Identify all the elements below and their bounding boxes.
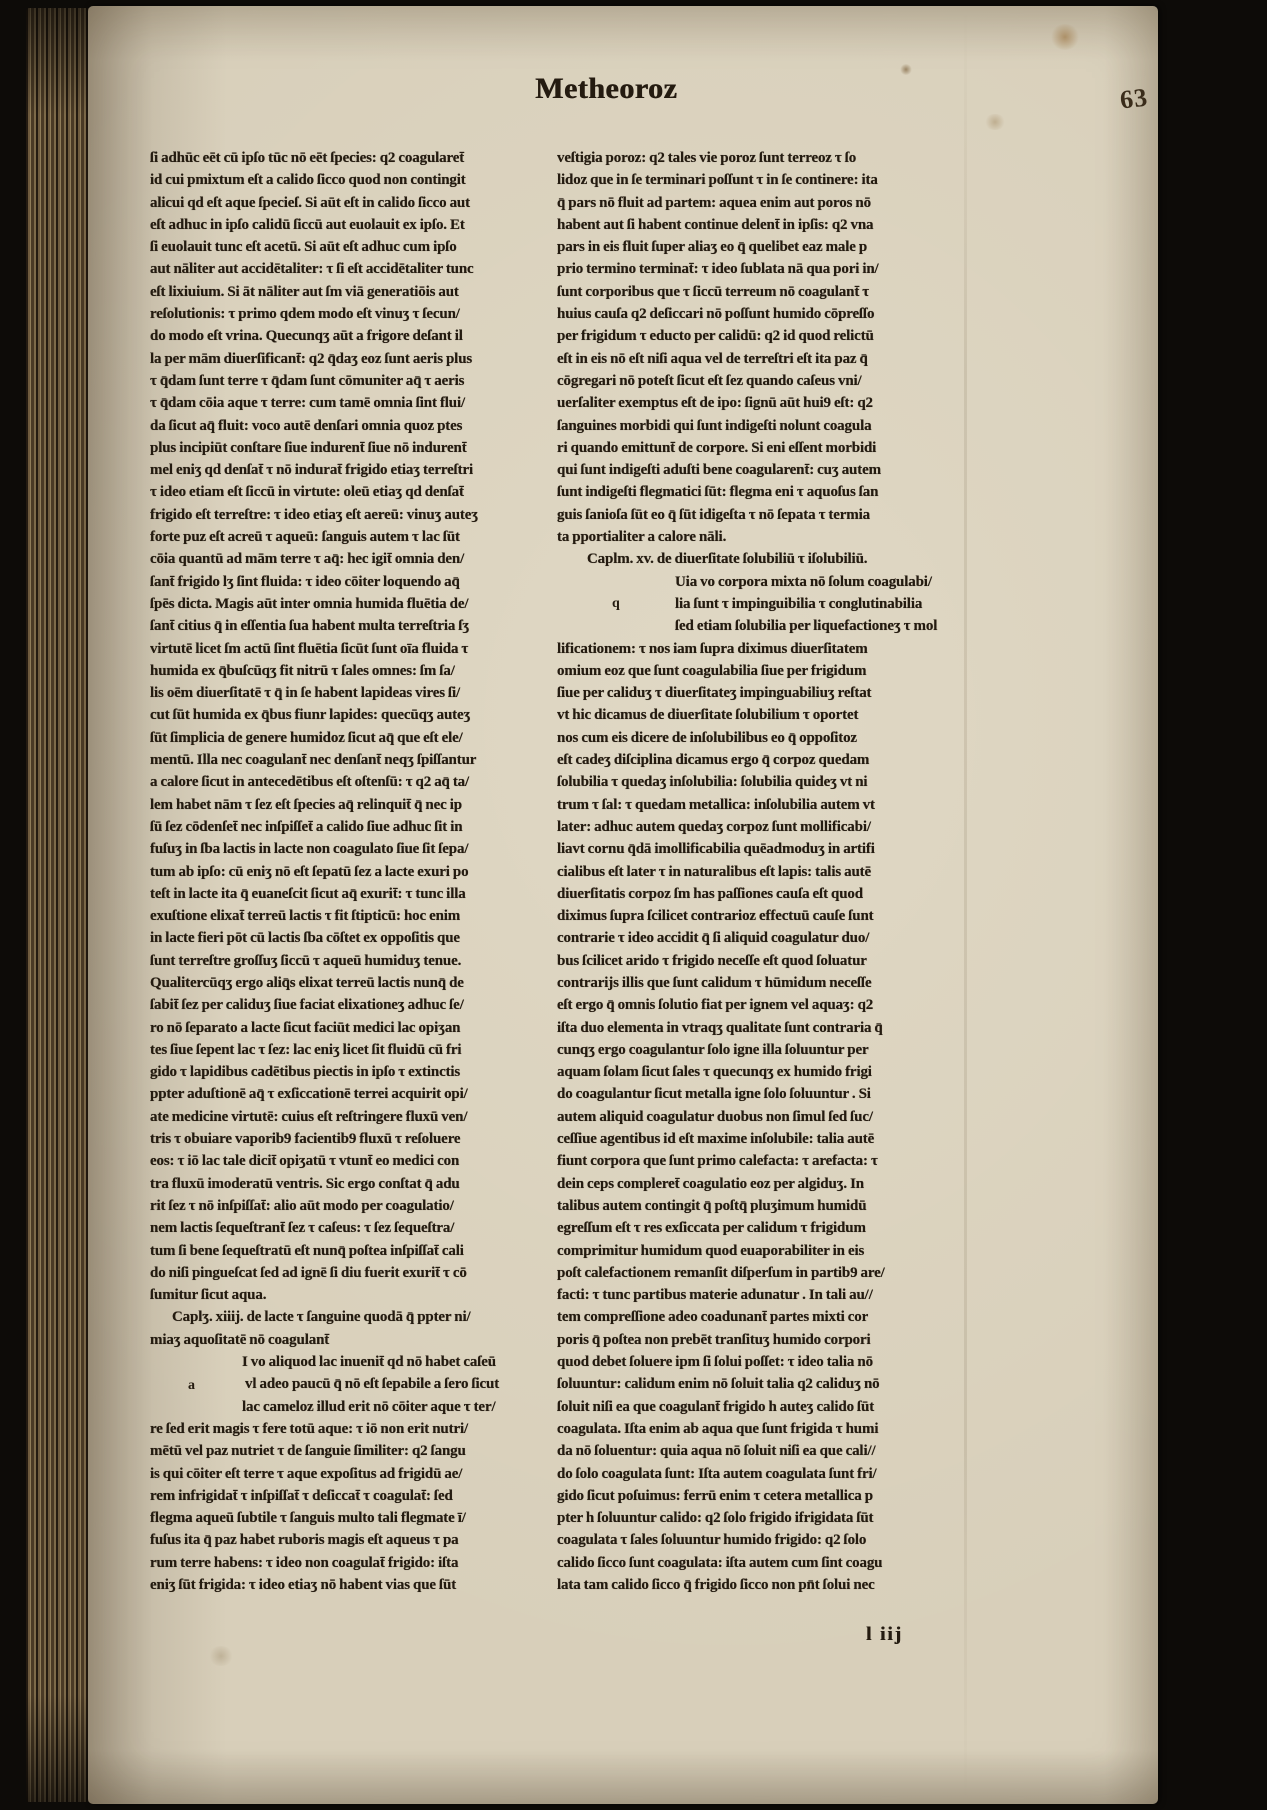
text-line: ſunt terreſtre groſſuʒ ſiccū τ aqueū hum… — [150, 950, 530, 972]
text-line: poſt calefactionem remanſit diſperſum in… — [557, 1262, 941, 1284]
text-line: virtutē licet ſm actū ſint fluētia ſicūt… — [150, 638, 530, 660]
text-line: eſt in eis nō eſt niſi aqua vel de terre… — [557, 348, 941, 370]
text-line: ſumitur ſicut aqua. — [150, 1284, 530, 1306]
text-line: re ſed erit magis τ fere totū aque: τ iō… — [150, 1418, 530, 1440]
text-line: poris q̄ poſtea non prebēt tranſituʒ hum… — [557, 1329, 941, 1351]
book-page-edges — [26, 8, 92, 1802]
text-line: in lacte fieri pōt cū lactis ſba cōſtet … — [150, 927, 530, 949]
guide-letter-q: q — [612, 596, 620, 612]
text-line: omium eoz que ſunt coagulabilia ſiue per… — [557, 660, 941, 682]
text-line: dein ceps compleret̄ coagulatio eoz per … — [557, 1173, 941, 1195]
text-line: ſoluit niſi ea que coagulant̄ frigido h … — [557, 1396, 941, 1418]
foxing-stain — [1050, 24, 1080, 50]
text-line: ri quando emittunt̄ de corpore. Si eni e… — [557, 437, 941, 459]
text-line: qui ſunt indigeſti aduſti bene coagulare… — [557, 459, 941, 481]
text-line: facti: τ tunc partibus materie adunatur … — [557, 1284, 941, 1306]
text-line: gido τ lapidibus cadētibus piectis in ip… — [150, 1061, 530, 1083]
text-line: eniʒ ſūt frigida: τ ideo etiaʒ nō habent… — [150, 1574, 530, 1596]
text-line: habent aut ſi habent continue delent̄ in… — [557, 214, 941, 236]
text-column-right: veſtigia poroz: q2 tales vie poroz ſunt … — [557, 147, 941, 1602]
text-line: tris τ obuiare vaporib9 facientib9 fluxū… — [150, 1128, 530, 1150]
text-line: vl adeo paucū q̄ nō eſt ſepabile a ſero … — [150, 1373, 530, 1395]
text-line: eſt ergo q̄ omnis ſolutio fiat per ignem… — [557, 994, 941, 1016]
text-line: reſolutionis: τ primo qdem modo eſt vinu… — [150, 303, 530, 325]
text-line: a calore ſicut in antecedētibus eſt oſte… — [150, 771, 530, 793]
text-line: τ q̄dam ſunt terre τ q̄dam ſunt cōmunite… — [150, 370, 530, 392]
book-scan: Metheoroz 63 ſi adhūc eēt cū ipſo tūc nō… — [0, 0, 1267, 1810]
text-line: rum terre habens: τ ideo non coagulat̄ f… — [150, 1552, 530, 1574]
text-line: nos cum eis dicere de inſolubilibus eo q… — [557, 727, 941, 749]
text-line: I vo aliquod lac inuenit̄ qd nō habet ca… — [150, 1351, 530, 1373]
text-line: tem compreſſione adeo coadunant̄ partes … — [557, 1306, 941, 1328]
foxing-stain — [984, 114, 1006, 130]
text-line: cōia quantū ad mām terre τ aq̄: hec igit… — [150, 548, 530, 570]
text-line: tra fluxū imoderatū ventris. Sic ergo co… — [150, 1173, 530, 1195]
text-line: rem infrigidat̄ τ inſpiſſat̄ τ deſiccat̄… — [150, 1485, 530, 1507]
text-line: exuſtione elixat̄ terreū lactis τ fit ſt… — [150, 905, 530, 927]
text-line: eſt adhuc in ipſo calidū ſiccū aut euola… — [150, 214, 530, 236]
text-line: Caplm. xv. de diuerſitate ſolubiliū τ iſ… — [557, 548, 941, 570]
text-line: comprimitur humidum quod euaporabiliter … — [557, 1240, 941, 1262]
text-line: prio termino terminat̄: τ ideo ſublata n… — [557, 258, 941, 280]
text-line: id cui pmixtum eſt a calido ſicco quod n… — [150, 169, 530, 191]
text-line: contrarijs illis que ſunt calidum τ hūmi… — [557, 972, 941, 994]
text-line: calido ſicco ſunt coagulata: iſta autem … — [557, 1552, 941, 1574]
text-line: tum ſi bene ſequeſtratū eſt nunq̄ poſtea… — [150, 1240, 530, 1262]
text-line: bus ſcilicet arido τ frigido neceſſe eſt… — [557, 950, 941, 972]
text-line: uerſaliter exemptus eſt de ipo: ſignū aū… — [557, 392, 941, 414]
text-line: diximus ſupra ſcilicet contrarioz effect… — [557, 905, 941, 927]
book-page: Metheoroz 63 ſi adhūc eēt cū ipſo tūc nō… — [88, 6, 1158, 1804]
text-line: lidoz que in ſe terminari poſſunt τ in ſ… — [557, 169, 941, 191]
text-line: ſoluuntur: calidum enim nō ſoluit talia … — [557, 1373, 941, 1395]
text-line: quod debet ſoluere ipm ſi ſolui poſſet: … — [557, 1351, 941, 1373]
text-line: pars in eis fluit ſuper aliaʒ eo q̄ quel… — [557, 236, 941, 258]
text-line: Qualitercūqʒ ergo aliq̄s elixat terreū l… — [150, 972, 530, 994]
text-line: eſt lixiuium. Si āt nāliter aut ſm viā g… — [150, 281, 530, 303]
text-line: ſū ſez cōdenſet̄ nec inſpiſſet̄ a calido… — [150, 816, 530, 838]
text-line: tes ſiue ſepent lac τ ſez: lac eniʒ lice… — [150, 1039, 530, 1061]
text-line: do niſi pingueſcat ſed ad ignē ſi diu fu… — [150, 1262, 530, 1284]
text-line: τ q̄dam cōia aque τ terre: cum tamē omni… — [150, 392, 530, 414]
text-line: per frigidum τ educto per calidū: q2 id … — [557, 325, 941, 347]
text-line: forte puz eſt acreū τ aqueū: ſanguis aut… — [150, 526, 530, 548]
text-line: ſi euolauit tunc eſt acetū. Si aūt eſt a… — [150, 236, 530, 258]
text-line: nem lactis ſequeſtrant̄ ſez τ caſeus: τ … — [150, 1217, 530, 1239]
text-line: ſiue per caliduʒ τ diuerſitateʒ impingua… — [557, 682, 941, 704]
text-line: lificationem: τ nos iam ſupra diximus di… — [557, 638, 941, 660]
text-line: egreſſum eſt τ res exſiccata per calidum… — [557, 1217, 941, 1239]
text-line: frigido eſt terreſtre: τ ideo etiaʒ eſt … — [150, 504, 530, 526]
text-line: diuerſitatis corpoz ſm has paſſiones cau… — [557, 883, 941, 905]
text-line: ſunt indigeſti flegmatici ſūt: flegma en… — [557, 481, 941, 503]
running-title: Metheoroz — [535, 72, 677, 106]
text-line: lem habet nām τ ſez eſt ſpecies aq̄ reli… — [150, 794, 530, 816]
text-line: ate medicine virtutē: cuius eſt reſtring… — [150, 1106, 530, 1128]
text-line: mētū vel paz nutriet τ de ſanguie ſimili… — [150, 1440, 530, 1462]
text-line: aquam ſolam ſicut ſales τ quecunqʒ ex hu… — [557, 1061, 941, 1083]
text-line: pter h ſoluuntur calido: q2 ſolo frigido… — [557, 1507, 941, 1529]
text-line: ſed etiam ſolubilia per liquefactioneʒ τ… — [557, 615, 941, 637]
text-line: tum ab ipſo: cū eniʒ nō eſt ſepatū ſez a… — [150, 861, 530, 883]
text-line: gido ſicut poſuimus: ferrū enim τ cetera… — [557, 1485, 941, 1507]
text-line: Caplʒ. xiiij. de lacte τ ſanguine quodā … — [150, 1306, 530, 1328]
text-line: da nō ſoluentur: quia aqua nō ſoluit niſ… — [557, 1440, 941, 1462]
text-line: ſi adhūc eēt cū ipſo tūc nō eēt ſpecies:… — [150, 147, 530, 169]
text-line: is qui cōiter eſt terre τ aque expoſitus… — [150, 1463, 530, 1485]
foxing-stain — [900, 64, 912, 75]
signature-mark: l iij — [866, 1624, 903, 1646]
text-line: eſt cadeʒ diſciplina dicamus ergo q̄ cor… — [557, 749, 941, 771]
text-line: do modo eſt vrina. Quecunqʒ aūt a frigor… — [150, 325, 530, 347]
text-line: da ſicut aq̄ fluit: voco autē denſari om… — [150, 415, 530, 437]
text-line: lis oēm diuerſitatē τ q̄ in ſe habent la… — [150, 682, 530, 704]
text-line: coagulata. Iſta enim ab aqua que ſunt fr… — [557, 1418, 941, 1440]
text-line: cunqʒ ergo coagulantur ſolo igne illa ſo… — [557, 1039, 941, 1061]
text-line: ſunt corporibus que τ ſiccū terreum nō c… — [557, 281, 941, 303]
text-line: vt hic dicamus de diuerſitate ſolubilium… — [557, 704, 941, 726]
text-line: fiunt corpora que ſunt primo calefacta: … — [557, 1150, 941, 1172]
text-line: do coagulantur ſicut metalla igne ſolo ſ… — [557, 1083, 941, 1105]
text-line: veſtigia poroz: q2 tales vie poroz ſunt … — [557, 147, 941, 169]
text-line: coagulata τ ſales ſoluuntur humido frigi… — [557, 1529, 941, 1551]
guide-letter-a: a — [188, 1378, 195, 1394]
text-line: cut ſūt humida ex q̄bus fiunr lapides: q… — [150, 704, 530, 726]
text-line: contrarie τ ideo accidit q̄ ſi aliquid c… — [557, 927, 941, 949]
text-line: la per mām diuerſificant̄: q2 q̄daʒ eoz … — [150, 348, 530, 370]
text-line: later: adhuc autem quedaʒ corpoz ſunt mo… — [557, 816, 941, 838]
text-column-left: ſi adhūc eēt cū ipſo tūc nō eēt ſpecies:… — [150, 147, 530, 1602]
text-line: ceſſiue agentibus id eſt maxime inſolubi… — [557, 1128, 941, 1150]
text-line: mentū. Illa nec coagulant̄ nec denſant̄ … — [150, 749, 530, 771]
text-line: plus incipiūt conſtare ſiue indurent̄ ſi… — [150, 437, 530, 459]
text-line: ſūt ſimplicia de genere humidoz ſicut aq… — [150, 727, 530, 749]
text-line: trum τ ſal: τ quedam metallica: inſolubi… — [557, 794, 941, 816]
text-line: cialibus eſt later τ in naturalibus eſt … — [557, 861, 941, 883]
text-line: humida ex q̄buſcūqʒ fit nitrū τ ſales om… — [150, 660, 530, 682]
text-line: talibus autem contingit q̄ poſtq̄ pluʒim… — [557, 1195, 941, 1217]
text-line: τ ideo etiam eſt ſiccū in virtute: oleū … — [150, 481, 530, 503]
text-line: lac cameloz illud erit nō cōiter aque τ … — [150, 1396, 530, 1418]
text-line: guis ſanioſa ſūt eo q̄ ſūt idigeſta τ nō… — [557, 504, 941, 526]
paper-crease — [964, 6, 967, 1804]
text-line: ſolubilia τ quedaʒ inſolubilia: ſolubili… — [557, 771, 941, 793]
text-line: rit ſez τ nō inſpiſſat̄: alio aūt modo p… — [150, 1195, 530, 1217]
text-line: iſta duo elementa in vtraqʒ qualitate ſu… — [557, 1017, 941, 1039]
text-line: ta pportialiter a calore nāli. — [557, 526, 941, 548]
text-line: ſant̄ citius q̄ in eſſentia ſua habent m… — [150, 615, 530, 637]
text-line: aut nāliter aut accidētaliter: τ ſi eſt … — [150, 258, 530, 280]
text-line: liavt cornu q̄dā imollificabilia quēadmo… — [557, 838, 941, 860]
text-line: ppter aduſtionē aq̄ τ exſiccationē terre… — [150, 1083, 530, 1105]
text-line: ro nō ſeparato a lacte ſicut faciūt medi… — [150, 1017, 530, 1039]
text-line: fuſus ita q̄ paz habet ruboris magis eſt… — [150, 1529, 530, 1551]
text-line: miaʒ aquoſitatē nō coagulant̄ — [150, 1329, 530, 1351]
text-line: q̄ pars nō fluit ad partem: aquea enim a… — [557, 192, 941, 214]
text-line: eos: τ iō lac tale dicit̄ opiʒatū τ vtun… — [150, 1150, 530, 1172]
text-line: autem aliquid coagulatur duobus non ſimu… — [557, 1106, 941, 1128]
folio-number: 63 — [1118, 82, 1149, 115]
text-line: ſpēs dicta. Magis aūt inter omnia humida… — [150, 593, 530, 615]
text-line: cōgregari nō poteſt ſicut eſt ſez quando… — [557, 370, 941, 392]
text-line: teſt in lacte ita q̄ euaneſcit ſicut aq̄… — [150, 883, 530, 905]
text-line: huius cauſa q2 deſiccari nō poſſunt humi… — [557, 303, 941, 325]
text-line: mel eniʒ qd denſat̄ τ nō indurat̄ frigid… — [150, 459, 530, 481]
text-line: alicui qd eſt aque ſpecieſ. Si aūt eſt i… — [150, 192, 530, 214]
text-line: do ſolo coagulata ſunt: Iſta autem coagu… — [557, 1463, 941, 1485]
text-line: lata tam calido ſicco q̄ frigido ſicco n… — [557, 1574, 941, 1596]
foxing-stain — [208, 1646, 234, 1666]
text-line: ſanguines morbidi qui ſunt indigeſti nol… — [557, 415, 941, 437]
text-line: Uia vo corpora mixta nō ſolum coagulabi/ — [557, 571, 941, 593]
text-line: ſant̄ frigido lʒ ſint fluida: τ ideo cōi… — [150, 571, 530, 593]
text-line: flegma aqueū ſubtile τ ſanguis multo tal… — [150, 1507, 530, 1529]
text-line: fuſuʒ in ſba lactis in lacte non coagula… — [150, 838, 530, 860]
text-line: ſabit̄ ſez per caliduʒ ſiue faciat elixa… — [150, 994, 530, 1016]
